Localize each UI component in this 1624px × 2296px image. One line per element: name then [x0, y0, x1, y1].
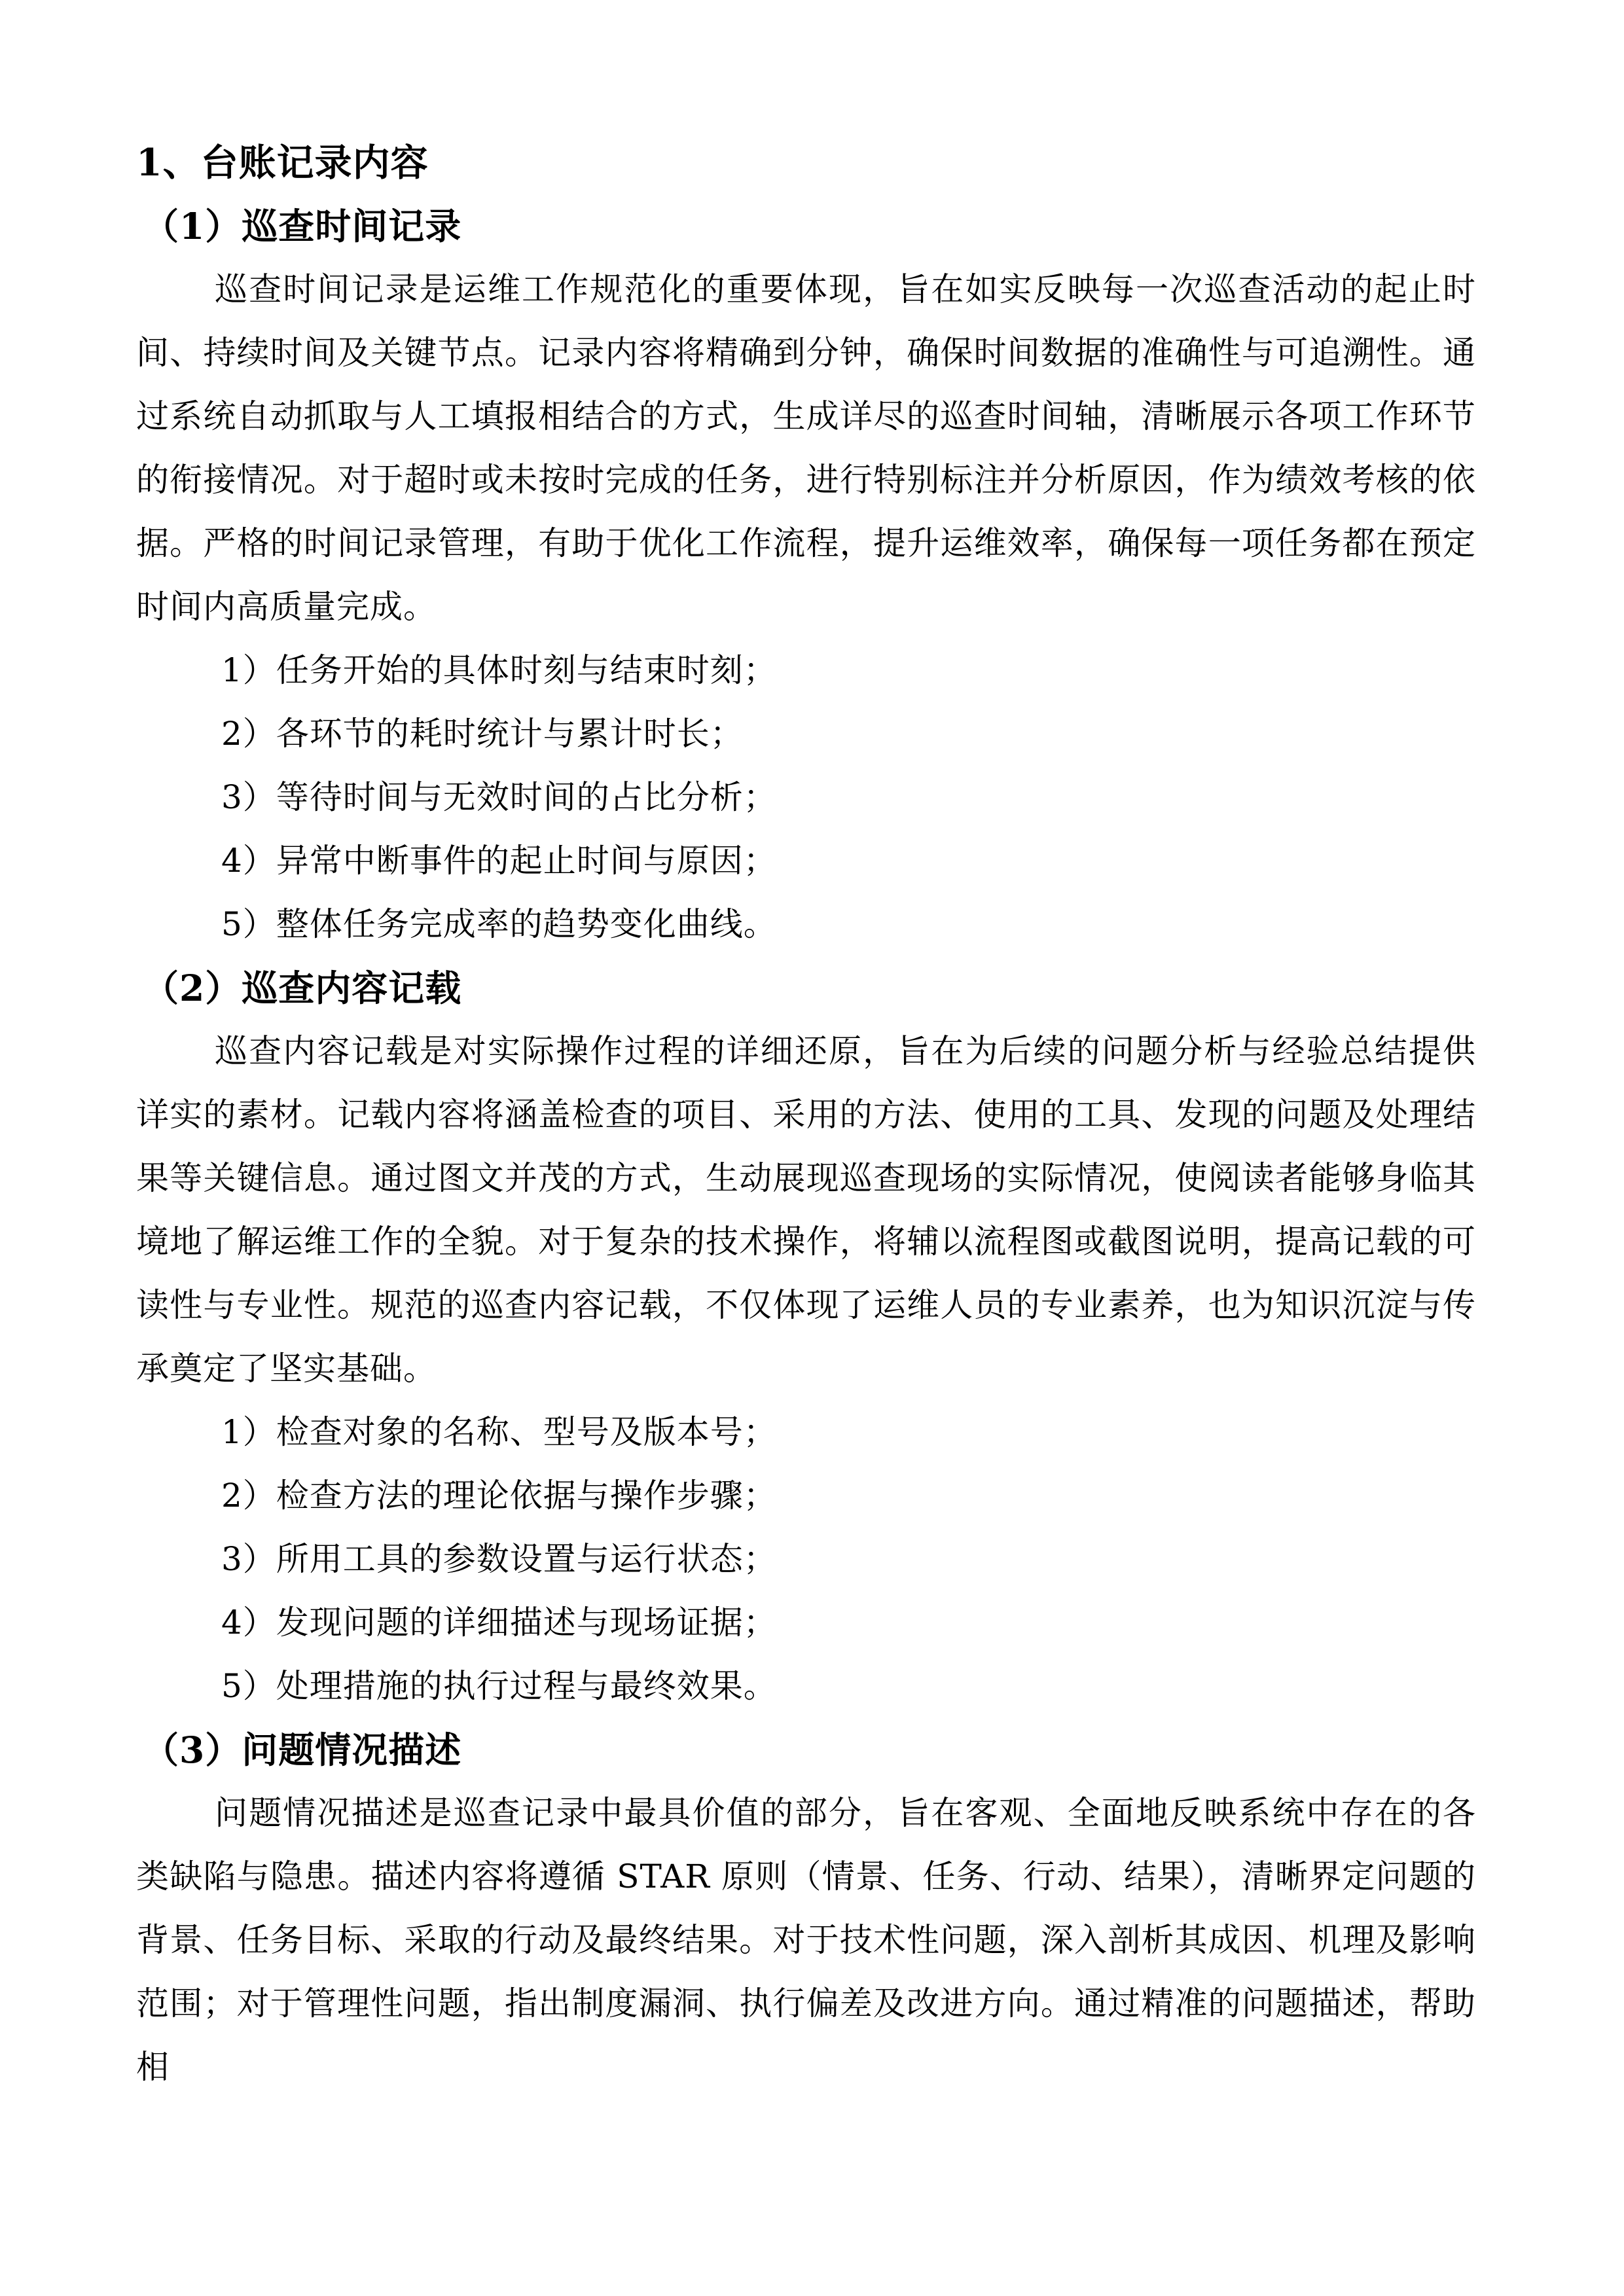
list-item: 4）发现问题的详细描述与现场证据；: [136, 1591, 1476, 1655]
doc-title: 1、台账记录内容: [136, 131, 1476, 194]
section-1-heading: （1）巡查时间记录: [136, 194, 1476, 258]
section-2-paragraph: 巡查内容记载是对实际操作过程的详细还原，旨在为后续的问题分析与经验总结提供详实的…: [136, 1020, 1476, 1401]
list-item: 5）整体任务完成率的趋势变化曲线。: [136, 893, 1476, 956]
section-inspection-content: （2）巡查内容记载 巡查内容记载是对实际操作过程的详细还原，旨在为后续的问题分析…: [136, 956, 1476, 1718]
list-item: 4）异常中断事件的起止时间与原因；: [136, 829, 1476, 893]
section-1-paragraph: 巡查时间记录是运维工作规范化的重要体现，旨在如实反映每一次巡查活动的起止时间、持…: [136, 258, 1476, 639]
list-item: 3）等待时间与无效时间的占比分析；: [136, 766, 1476, 829]
section-1-list: 1）任务开始的具体时刻与结束时刻； 2）各环节的耗时统计与累计时长； 3）等待时…: [136, 639, 1476, 956]
list-item: 2）检查方法的理论依据与操作步骤；: [136, 1464, 1476, 1528]
list-item: 2）各环节的耗时统计与累计时长；: [136, 702, 1476, 766]
list-item: 3）所用工具的参数设置与运行状态；: [136, 1528, 1476, 1591]
list-item: 5）处理措施的执行过程与最终效果。: [136, 1655, 1476, 1718]
list-item: 1）检查对象的名称、型号及版本号；: [136, 1401, 1476, 1464]
section-2-heading: （2）巡查内容记载: [136, 956, 1476, 1020]
section-2-list: 1）检查对象的名称、型号及版本号； 2）检查方法的理论依据与操作步骤； 3）所用…: [136, 1401, 1476, 1718]
section-problem-description: （3）问题情况描述 问题情况描述是巡查记录中最具价值的部分，旨在客观、全面地反映…: [136, 1718, 1476, 2099]
document-page: 1、台账记录内容 （1）巡查时间记录 巡查时间记录是运维工作规范化的重要体现，旨…: [0, 0, 1624, 2296]
section-3-paragraph: 问题情况描述是巡查记录中最具价值的部分，旨在客观、全面地反映系统中存在的各类缺陷…: [136, 1782, 1476, 2099]
section-inspection-time: （1）巡查时间记录 巡查时间记录是运维工作规范化的重要体现，旨在如实反映每一次巡…: [136, 194, 1476, 956]
section-3-heading: （3）问题情况描述: [136, 1718, 1476, 1782]
list-item: 1）任务开始的具体时刻与结束时刻；: [136, 639, 1476, 702]
